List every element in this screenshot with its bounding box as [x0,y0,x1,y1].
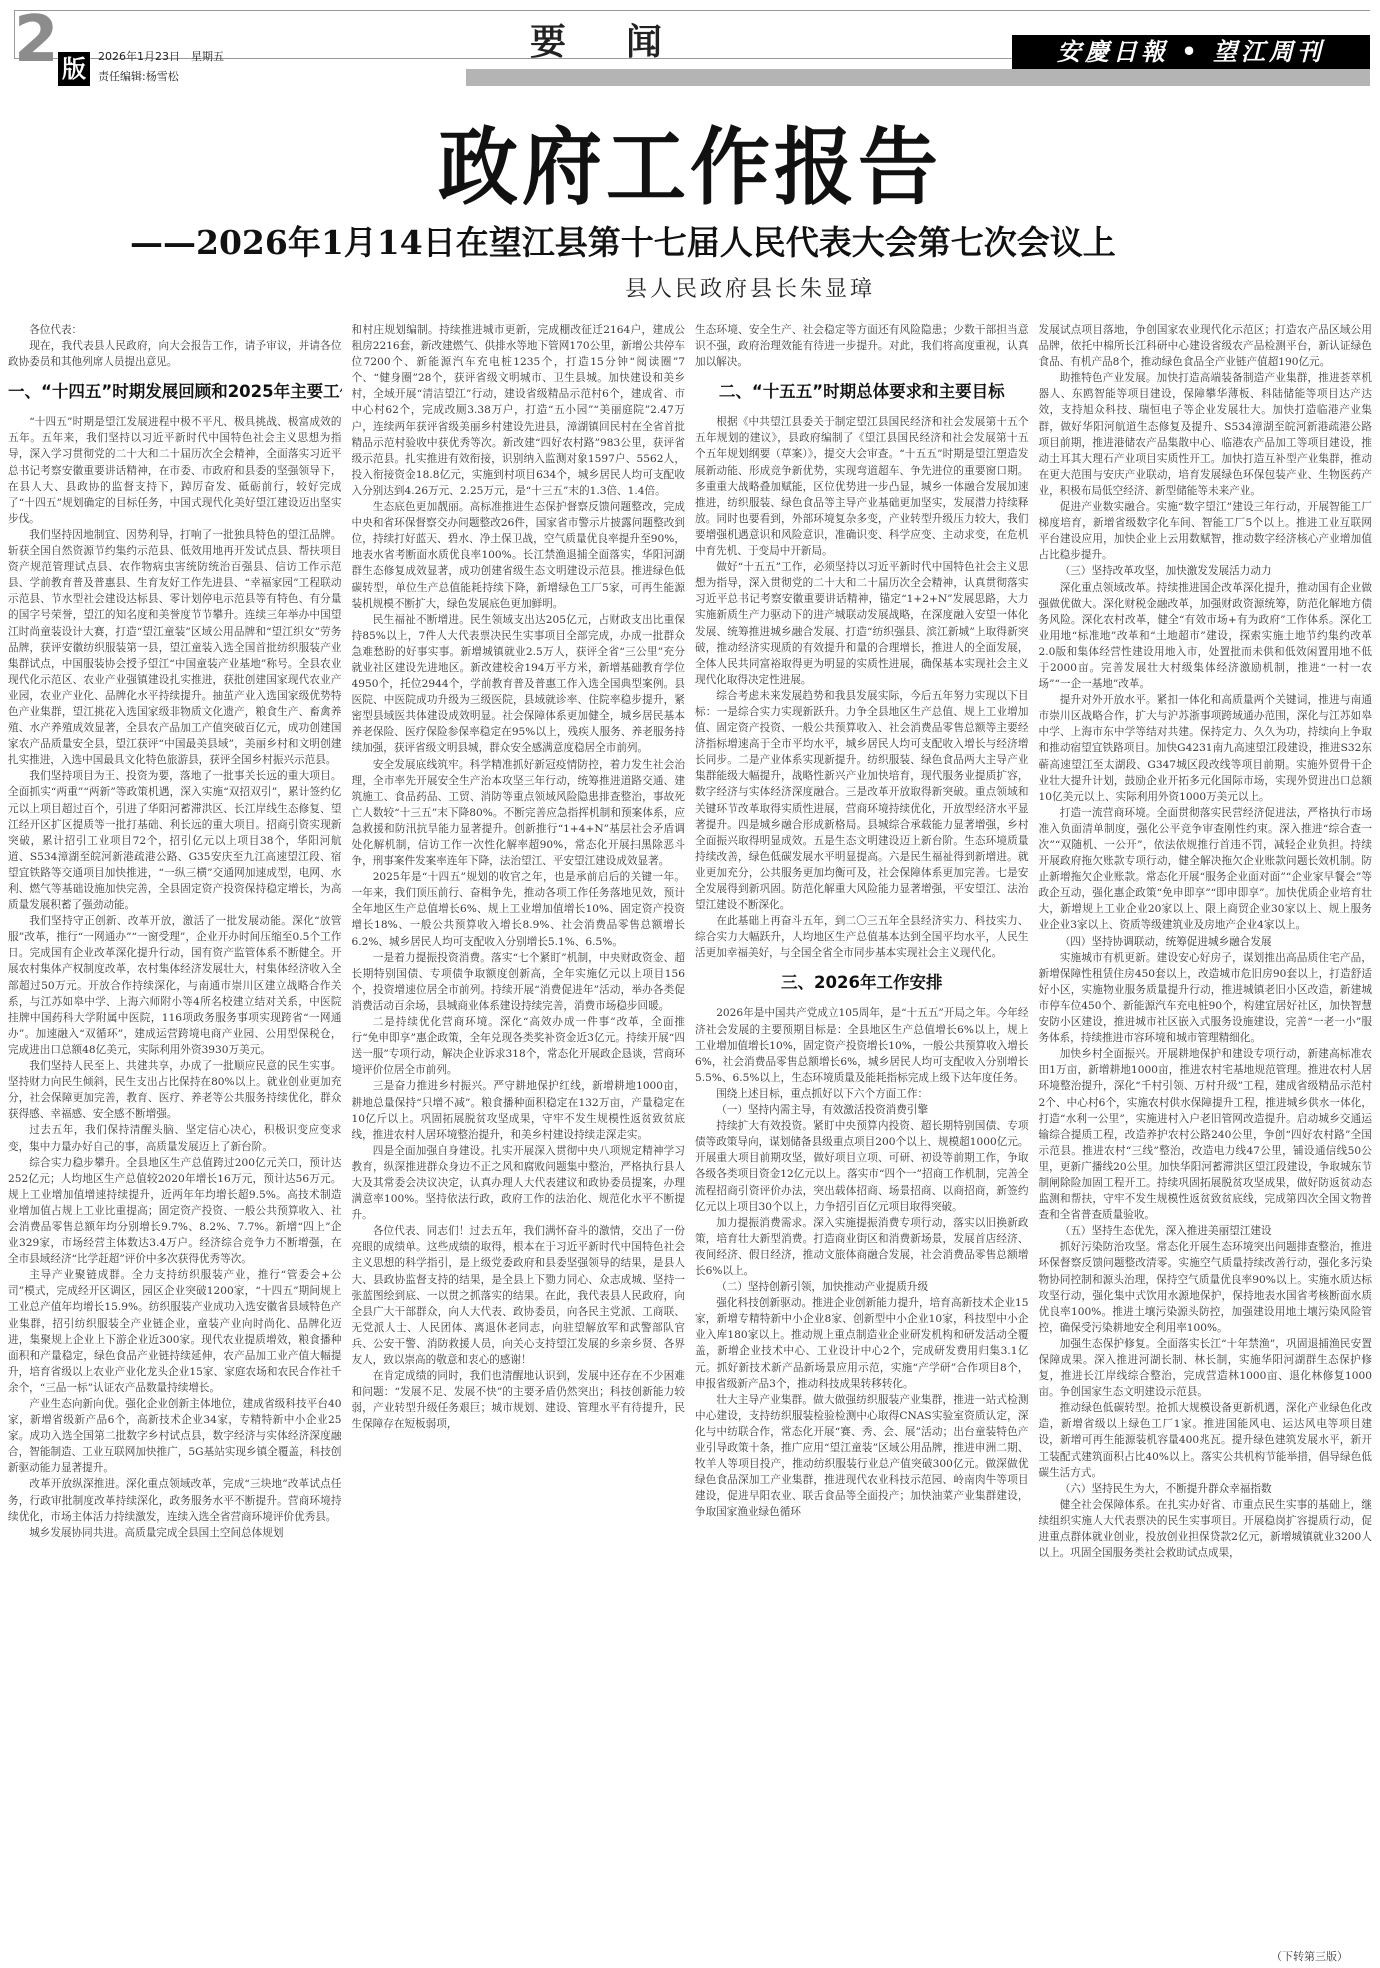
paragraph: 促进产业数实融合。实施“数字望江”建设三年行动，开展智能工厂梯度培育，新增省级数… [1039,499,1373,563]
paragraph: 抓好污染防治攻坚。常态化开展生态环境突出问题排查整治，推进环保督察反馈问题整改清… [1039,1239,1373,1336]
subsection-heading: （二）坚持创新引领，加快推动产业提质升级 [695,1279,1029,1295]
paragraph: 我们坚持守正创新、改革开放，激活了一批发展动能。深化“放管服”改革，推行“一网通… [8,913,342,1058]
paragraph: 加强生态保护修复。全面落实长江“十年禁渔”，巩固退捕渔民安置保障成果。深入推进河… [1039,1336,1373,1400]
issue-date: 2026年1月23日 星期五 [98,48,224,64]
paragraph: 持续扩大有效投资。紧盯中央预算内投资、超长期特别国债、专项债等政策导向，谋划储备… [695,1118,1029,1215]
paragraph: 生态底色更加靓丽。高标准推进生态保护督察反馈问题整改，完成中央和省环保督察交办问… [352,499,686,612]
paragraph: 2025年是“十四五”规划的收官之年，也是承前启后的关键一年。一年来，我们顶压前… [352,869,686,949]
page-suffix-badge: 版 [58,52,90,86]
paragraph: 强化科技创新驱动。推进企业创新能力提升，培育高新技术企业15家，新增专精特新中小… [695,1295,1029,1392]
section-heading: 二、“十五五”时期总体要求和主要目标 [695,380,1029,404]
paragraph: 加快乡村全面振兴。开展耕地保护和建设专项行动，新建高标准农田1万亩，新增耕地10… [1039,1046,1373,1223]
section-heading: 三、2026年工作安排 [695,971,1029,995]
paragraph: 改革开放纵深推进。深化重点领域改革，完成“三块地”改革试点任务，行政审批制度改革… [8,1476,342,1524]
paragraph: 我们坚持因地制宜、因势利导，打响了一批独具特色的望江品牌。斩获全国自然资源节约集… [8,527,342,768]
newspaper-name: 安慶日報 • 望江周刊 [1012,35,1370,69]
paragraph: 二是持续优化营商环境。深化“高效办成一件事”改革，全面推行“免申即享”惠企政策，… [352,1014,686,1078]
subsection-heading: （五）坚持生态优先，深入推进美丽望江建设 [1039,1223,1373,1239]
paragraph: “十四五”时期是望江发展进程中极不平凡、极具挑战、极富成效的五年。五年来，我们坚… [8,414,342,527]
responsible-editor: 责任编辑:杨雪松 [98,68,179,84]
paragraph: 城乡发展协同共进。高质量完成全县国土空间总体规划 [8,1525,342,1541]
paragraph: 在此基础上再奋斗五年，到二〇三五年全县经济实力、科技实力、综合实力大幅跃升，人均… [695,913,1029,961]
paragraph: 民生福祉不断增进。民生领域支出达205亿元，占财政支出比重保持85%以上，7件人… [352,612,686,757]
paragraph: 过去五年，我们保持清醒头脑、坚定信心决心，积极识变应变求变，集中力量办好自己的事… [8,1122,342,1154]
article-subtitle: ——2026年1月14日在望江县第十七届人民代表大会第七次会议上 [0,220,1380,266]
column-1: 各位代表：现在，我代表县人民政府，向大会报告工作，请予审议，并请各位政协委员和其… [8,322,342,1962]
paragraph: 推动绿色低碳转型。抢抓大规模设备更新机遇，深化产业绿色化改造，新增省级以上绿色工… [1039,1400,1373,1480]
column-2: 和村庄规划编制。持续推进城市更新，完成棚改征迁2164户，建成公租房2216套，… [352,322,686,1962]
paragraph: 各位代表、同志们！过去五年，我们满怀奋斗的激情，交出了一份亮眼的成绩单。这些成绩… [352,1223,686,1368]
article-title-block: 政府工作报告 ——2026年1月14日在望江县第十七届人民代表大会第七次会议上 … [0,120,1380,306]
paragraph: 在肯定成绩的同时，我们也清醒地认识到，发展中还存在不少困难和问题：“发展不足、发… [352,1368,686,1432]
article-columns: 各位代表：现在，我代表县人民政府，向大会报告工作，请予审议，并请各位政协委员和其… [8,322,1372,1962]
subsection-heading: （四）坚持协调联动，统筹促进城乡融合发展 [1039,934,1373,950]
paragraph: 围绕上述目标，重点抓好以下六个方面工作： [695,1086,1029,1102]
paragraph: 主导产业聚链成群。全力支持纺织服装产业，推行“管委会+公司”模式，完成经开区调区… [8,1267,342,1396]
section-name: 要闻 [530,14,722,65]
paragraph: 生态环境、安全生产、社会稳定等方面还有风险隐患；少数干部担当意识不强，政府治理效… [695,322,1029,370]
paragraph: 产业生态向新向优。强化企业创新主体地位，建成省级科技平台40家，新增省级新产品6… [8,1396,342,1476]
paragraph: 打造一流营商环境。全面贯彻落实民营经济促进法，严格执行市场准入负面清单制度，强化… [1039,805,1373,934]
paragraph: 健全社会保障体系。在扎实办好省、市重点民生实事的基础上，继续组织实施人大代表票决… [1039,1497,1373,1561]
paragraph: 壮大主导产业集群。做大做强纺织服装产业集群，推进一站式检测中心建设，支持纺织服装… [695,1392,1029,1521]
paragraph: 综合考虑未来发展趋势和我县发展实际，今后五年努力实现以下目标：一是综合实力实现新… [695,688,1029,913]
paragraph: 助推特色产业发展。加快打造高端装备制造产业集群，推进荟萃机器人、东鸥智能等项目建… [1039,370,1373,499]
header-gray-band [466,69,1370,86]
subsection-heading: （一）坚持内需主导，有效激活投资消费引擎 [695,1102,1029,1118]
paragraph: 2026年是中国共产党成立105周年，是“十五五”开局之年。今年经济社会发展的主… [695,1005,1029,1085]
subsection-heading: （三）坚持改革攻坚，加快激发发展活力动力 [1039,563,1373,579]
paragraph: 四是全面加强自身建设。扎实开展深入贯彻中央八项规定精神学习教育，纵深推进群众身边… [352,1143,686,1223]
paragraph: 和村庄规划编制。持续推进城市更新，完成棚改征迁2164户，建成公租房2216套，… [352,322,686,499]
masthead: 2 版 2026年1月23日 星期五 责任编辑:杨雪松 要闻 安慶日報 • 望江… [0,0,1380,90]
column-4: 发展试点项目落地，争创国家农业现代化示范区；打造农产品区域公用品牌，依托中棉所长… [1039,322,1373,1962]
paragraph: 三是奋力推进乡村振兴。严守耕地保护红线，新增耕地1000亩，耕地总量保持“只增不… [352,1078,686,1142]
paragraph: 加力提振消费需求。深入实施提振消费专项行动，落实以旧换新政策，培育壮大新型消费。… [695,1215,1029,1279]
article-author: 县人民政府县长朱显璋 [0,274,1380,306]
paragraph: 我们坚持人民至上、共建共享，办成了一批顺应民意的民生实事。坚持财力向民生倾斜，民… [8,1058,342,1122]
section-heading: 一、“十四五”时期发展回顾和2025年主要工作 [8,380,342,404]
column-4-body: 发展试点项目落地，争创国家农业现代化示范区；打造农产品区域公用品牌，依托中棉所长… [1039,322,1373,1561]
paragraph: 做好“十五五”工作，必须坚持以习近平新时代中国特色社会主义思想为指导，深入贯彻党… [695,559,1029,688]
continuation-wrap: （下转第三版） [1036,1946,1372,1964]
paragraph: 综合实力稳步攀升。全县地区生产总值跨过200亿元关口，预计达252亿元；人均地区… [8,1155,342,1268]
paragraph: 安全发展底线筑牢。科学精准抓好新冠疫情防控，着力发生社会治理，全市率先开展安全生… [352,757,686,870]
paragraph: 深化重点领域改革。持续推进国企改革深化提升，推动国有企业做强做优做大。深化财税金… [1039,580,1373,693]
paragraph: 我们坚持项目为王、投资为要，落地了一批事关长远的重大项目。全面抓实“两重”“两新… [8,768,342,913]
header-rule-top [14,10,1370,11]
paragraph: 根据《中共望江县委关于制定望江县国民经济和社会发展第十五个五年规划的建议》，县政… [695,414,1029,559]
article-title: 政府工作报告 [0,118,1380,219]
continued-note: （下转第三版） [1036,1948,1372,1964]
paragraph: 提升对外开放水平。紧扣一体化和高质量两个关键词，推进与南通市崇川区战略合作，扩大… [1039,692,1373,805]
paragraph: 发展试点项目落地，争创国家农业现代化示范区；打造农产品区域公用品牌，依托中棉所长… [1039,322,1373,370]
paragraph: 一是着力提振投资消费。落实“七个紧盯”机制，中央财政资金、超长期特别国债、专项债… [352,950,686,1014]
subsection-heading: （六）坚持民生为大，不断提升群众幸福指数 [1039,1481,1373,1497]
page-number: 2 [14,8,57,72]
paragraph: 各位代表： [8,322,342,338]
paragraph: 现在，我代表县人民政府，向大会报告工作，请予审议，并请各位政协委员和其他列席人员… [8,338,342,370]
column-3: 生态环境、安全生产、社会稳定等方面还有风险隐患；少数干部担当意识不强，政府治理效… [695,322,1029,1962]
paragraph: 实施城市有机更新。建设安心好房子，谋划推出高品质住宅产品，新增保障性租赁住房45… [1039,950,1373,1047]
